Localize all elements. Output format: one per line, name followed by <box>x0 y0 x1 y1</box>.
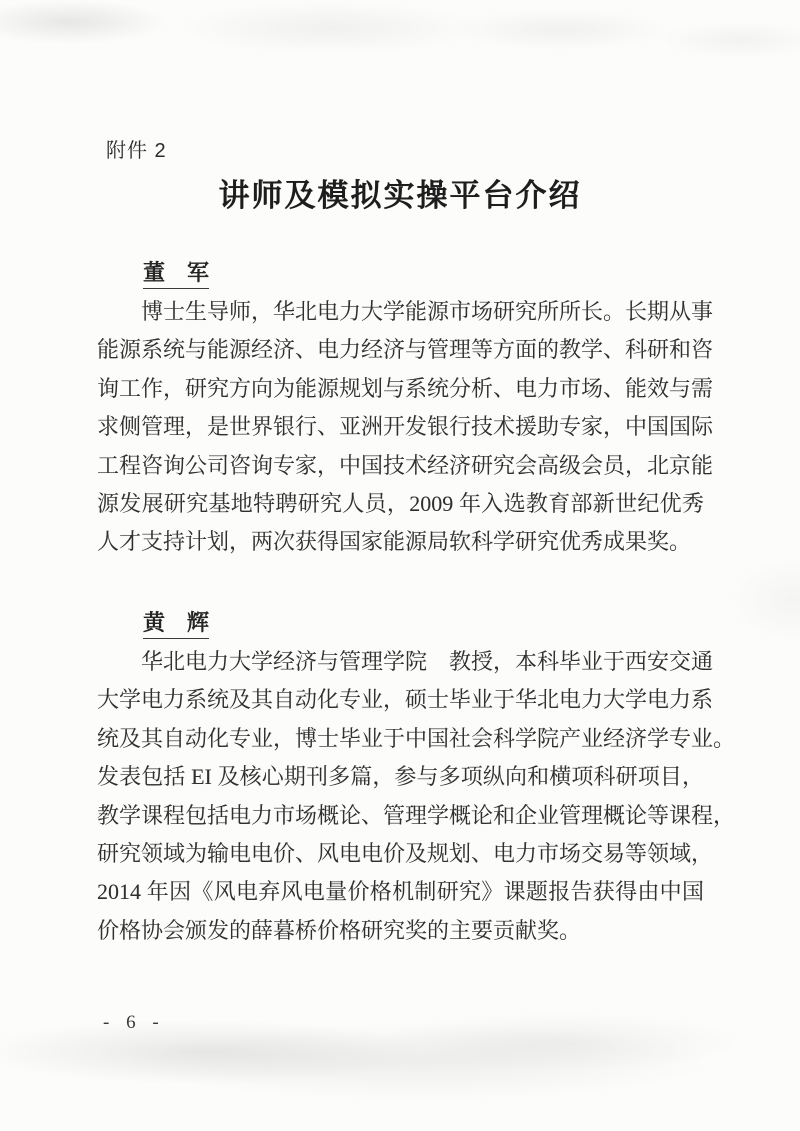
lecturer-bio-paragraph: 博士生导师，华北电力大学能源市场研究所所长。长期从事 能源系统与能源经济、电力经… <box>97 293 704 562</box>
body-line: 源发展研究基地特聘研究人员，2009 年入选教育部新世纪优秀 <box>97 485 704 523</box>
body-line: 统及其自动化专业，博士毕业于中国社会科学院产业经济学专业。 <box>97 720 704 758</box>
attachment-label: 附件 2 <box>106 134 167 163</box>
lecturer-name-heading: 黄 辉 <box>143 606 209 639</box>
lecturer-bio-paragraph: 华北电力大学经济与管理学院 教授，本科毕业于西安交通 大学电力系统及其自动化专业… <box>97 643 704 950</box>
body-line: 求侧管理，是世界银行、亚洲开发银行技术援助专家，中国国际 <box>97 408 704 446</box>
body-line: 大学电力系统及其自动化专业，硕士毕业于华北电力大学电力系 <box>97 681 704 719</box>
body-line: 人才支持计划，两次获得国家能源局软科学研究优秀成果奖。 <box>97 523 704 561</box>
lecturer-name: 董 军 <box>143 256 209 289</box>
document-title: 讲师及模拟实操平台介绍 <box>0 170 800 215</box>
body-line: 发表包括 EI 及核心期刊多篇，参与多项纵向和横项科研项目， <box>97 758 704 796</box>
lecturer-name: 黄 辉 <box>143 606 209 639</box>
body-line: 询工作，研究方向为能源规划与系统分析、电力市场、能效与需 <box>97 370 704 408</box>
body-line: 能源系统与能源经济、电力经济与管理等方面的教学、科研和咨 <box>97 331 704 369</box>
body-line: 博士生导师，华北电力大学能源市场研究所所长。长期从事 <box>97 293 704 331</box>
body-line: 2014 年因《风电弃风电量价格机制研究》课题报告获得由中国 <box>97 873 704 911</box>
body-line: 教学课程包括电力市场概论、管理学概论和企业管理概论等课程， <box>97 797 704 835</box>
page-number: - 6 - <box>103 1012 165 1034</box>
document-page: 附件 2 讲师及模拟实操平台介绍 董 军 博士生导师，华北电力大学能源市场研究所… <box>0 0 800 1131</box>
lecturer-name-heading: 董 军 <box>143 256 209 289</box>
body-line: 工程咨询公司咨询专家，中国技术经济研究会高级会员，北京能 <box>97 447 704 485</box>
body-line: 研究领域为输电电价、风电电价及规划、电力市场交易等领域， <box>97 835 704 873</box>
body-line: 华北电力大学经济与管理学院 教授，本科毕业于西安交通 <box>97 643 704 681</box>
body-line: 价格协会颁发的薛暮桥价格研究奖的主要贡献奖。 <box>97 912 704 950</box>
